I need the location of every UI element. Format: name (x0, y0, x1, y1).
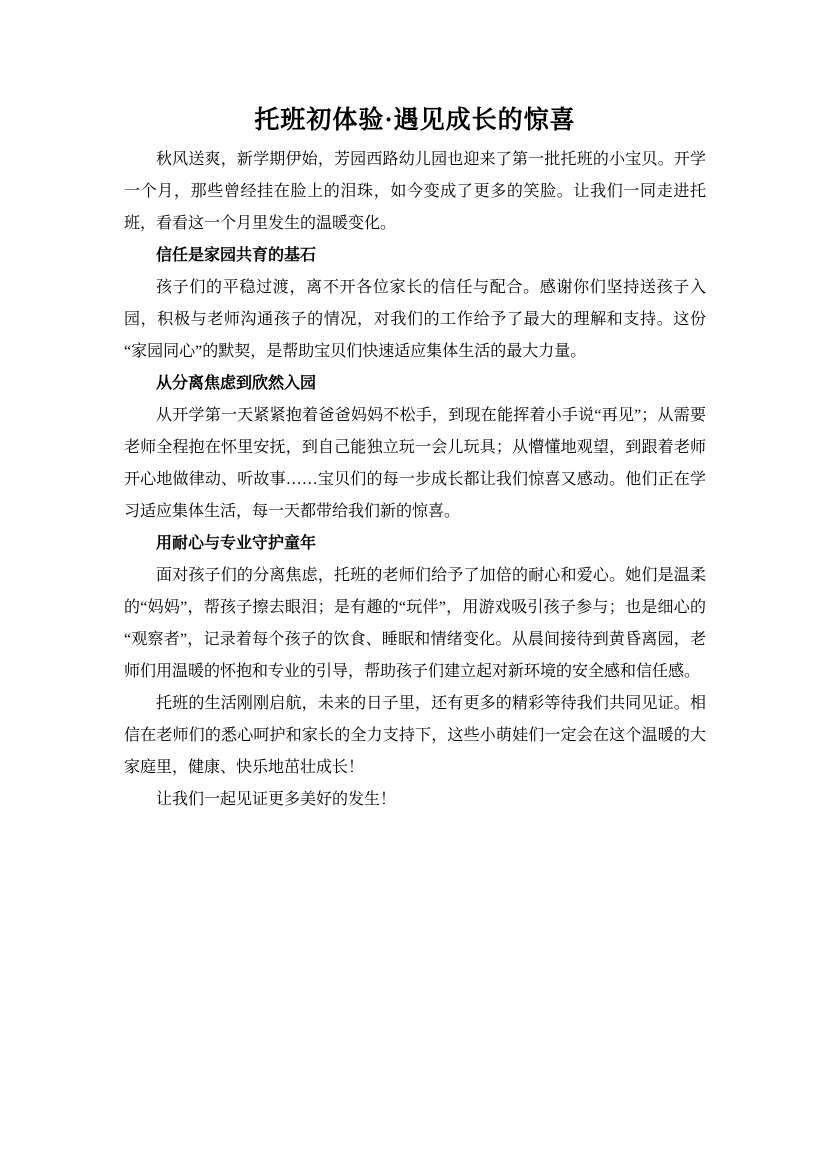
paragraph-patience-professionalism: 面对孩子们的分离焦虑，托班的老师们给予了加倍的耐心和爱心。她们是温柔的“妈妈”，… (124, 560, 706, 688)
document-title: 托班初体验·遇见成长的惊喜 (124, 98, 706, 144)
document-page: 托班初体验·遇见成长的惊喜 秋风送爽，新学期伊始，芳园西路幼儿园也迎来了第一批托… (0, 0, 827, 1170)
heading-patience-professionalism: 用耐心与专业守护童年 (124, 528, 706, 560)
paragraph-future-outlook: 托班的生活刚刚启航，未来的日子里，还有更多的精彩等待我们共同见证。相信在老师们的… (124, 688, 706, 784)
paragraph-intro: 秋风送爽，新学期伊始，芳园西路幼儿园也迎来了第一批托班的小宝贝。开学一个月，那些… (124, 144, 706, 240)
paragraph-closing: 让我们一起见证更多美好的发生！ (124, 784, 706, 816)
paragraph-separation-anxiety: 从开学第一天紧紧抱着爸爸妈妈不松手，到现在能挥着小手说“再见”；从需要老师全程抱… (124, 400, 706, 528)
paragraph-trust-foundation: 孩子们的平稳过渡，离不开各位家长的信任与配合。感谢你们坚持送孩子入园，积极与老师… (124, 272, 706, 368)
heading-separation-anxiety: 从分离焦虑到欣然入园 (124, 368, 706, 400)
heading-trust-foundation: 信任是家园共育的基石 (124, 240, 706, 272)
